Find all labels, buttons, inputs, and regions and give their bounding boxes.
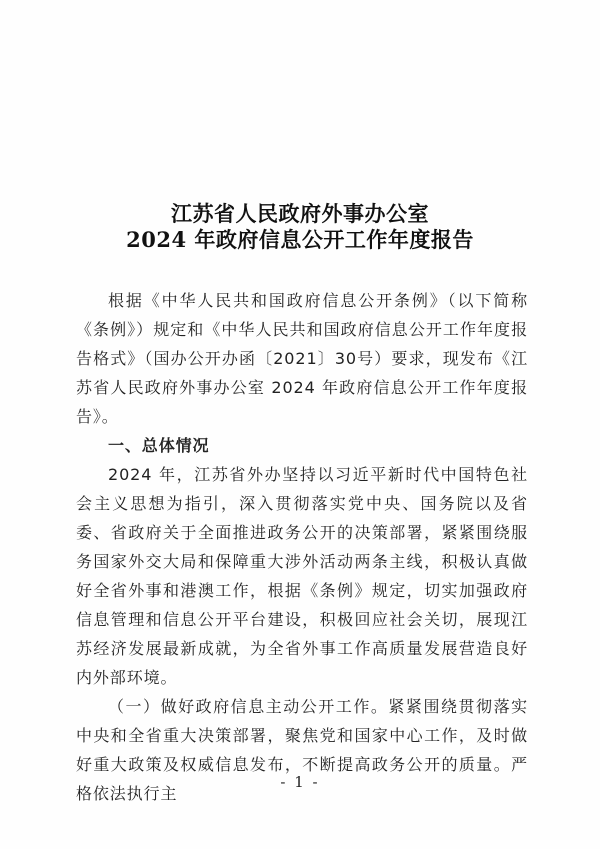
overview-paragraph: 2024 年，江苏省外办坚持以习近平新时代中国特色社会主义思想为指引，深入贯彻落… [76,460,528,692]
page-number: - 1 - [0,773,600,791]
document-title-line-2: 2024 年政府信息公开工作年度报告 [0,227,600,253]
section-heading-overview: 一、总体情况 [76,431,528,460]
document-title-line-1: 江苏省人民政府外事办公室 [0,201,600,227]
intro-paragraph: 根据《中华人民共和国政府信息公开条例》（以下简称《条例》）规定和《中华人民共和国… [76,286,528,431]
document-body: 根据《中华人民共和国政府信息公开条例》（以下简称《条例》）规定和《中华人民共和国… [76,286,528,808]
document-page: 江苏省人民政府外事办公室 2024 年政府信息公开工作年度报告 根据《中华人民共… [0,0,600,849]
